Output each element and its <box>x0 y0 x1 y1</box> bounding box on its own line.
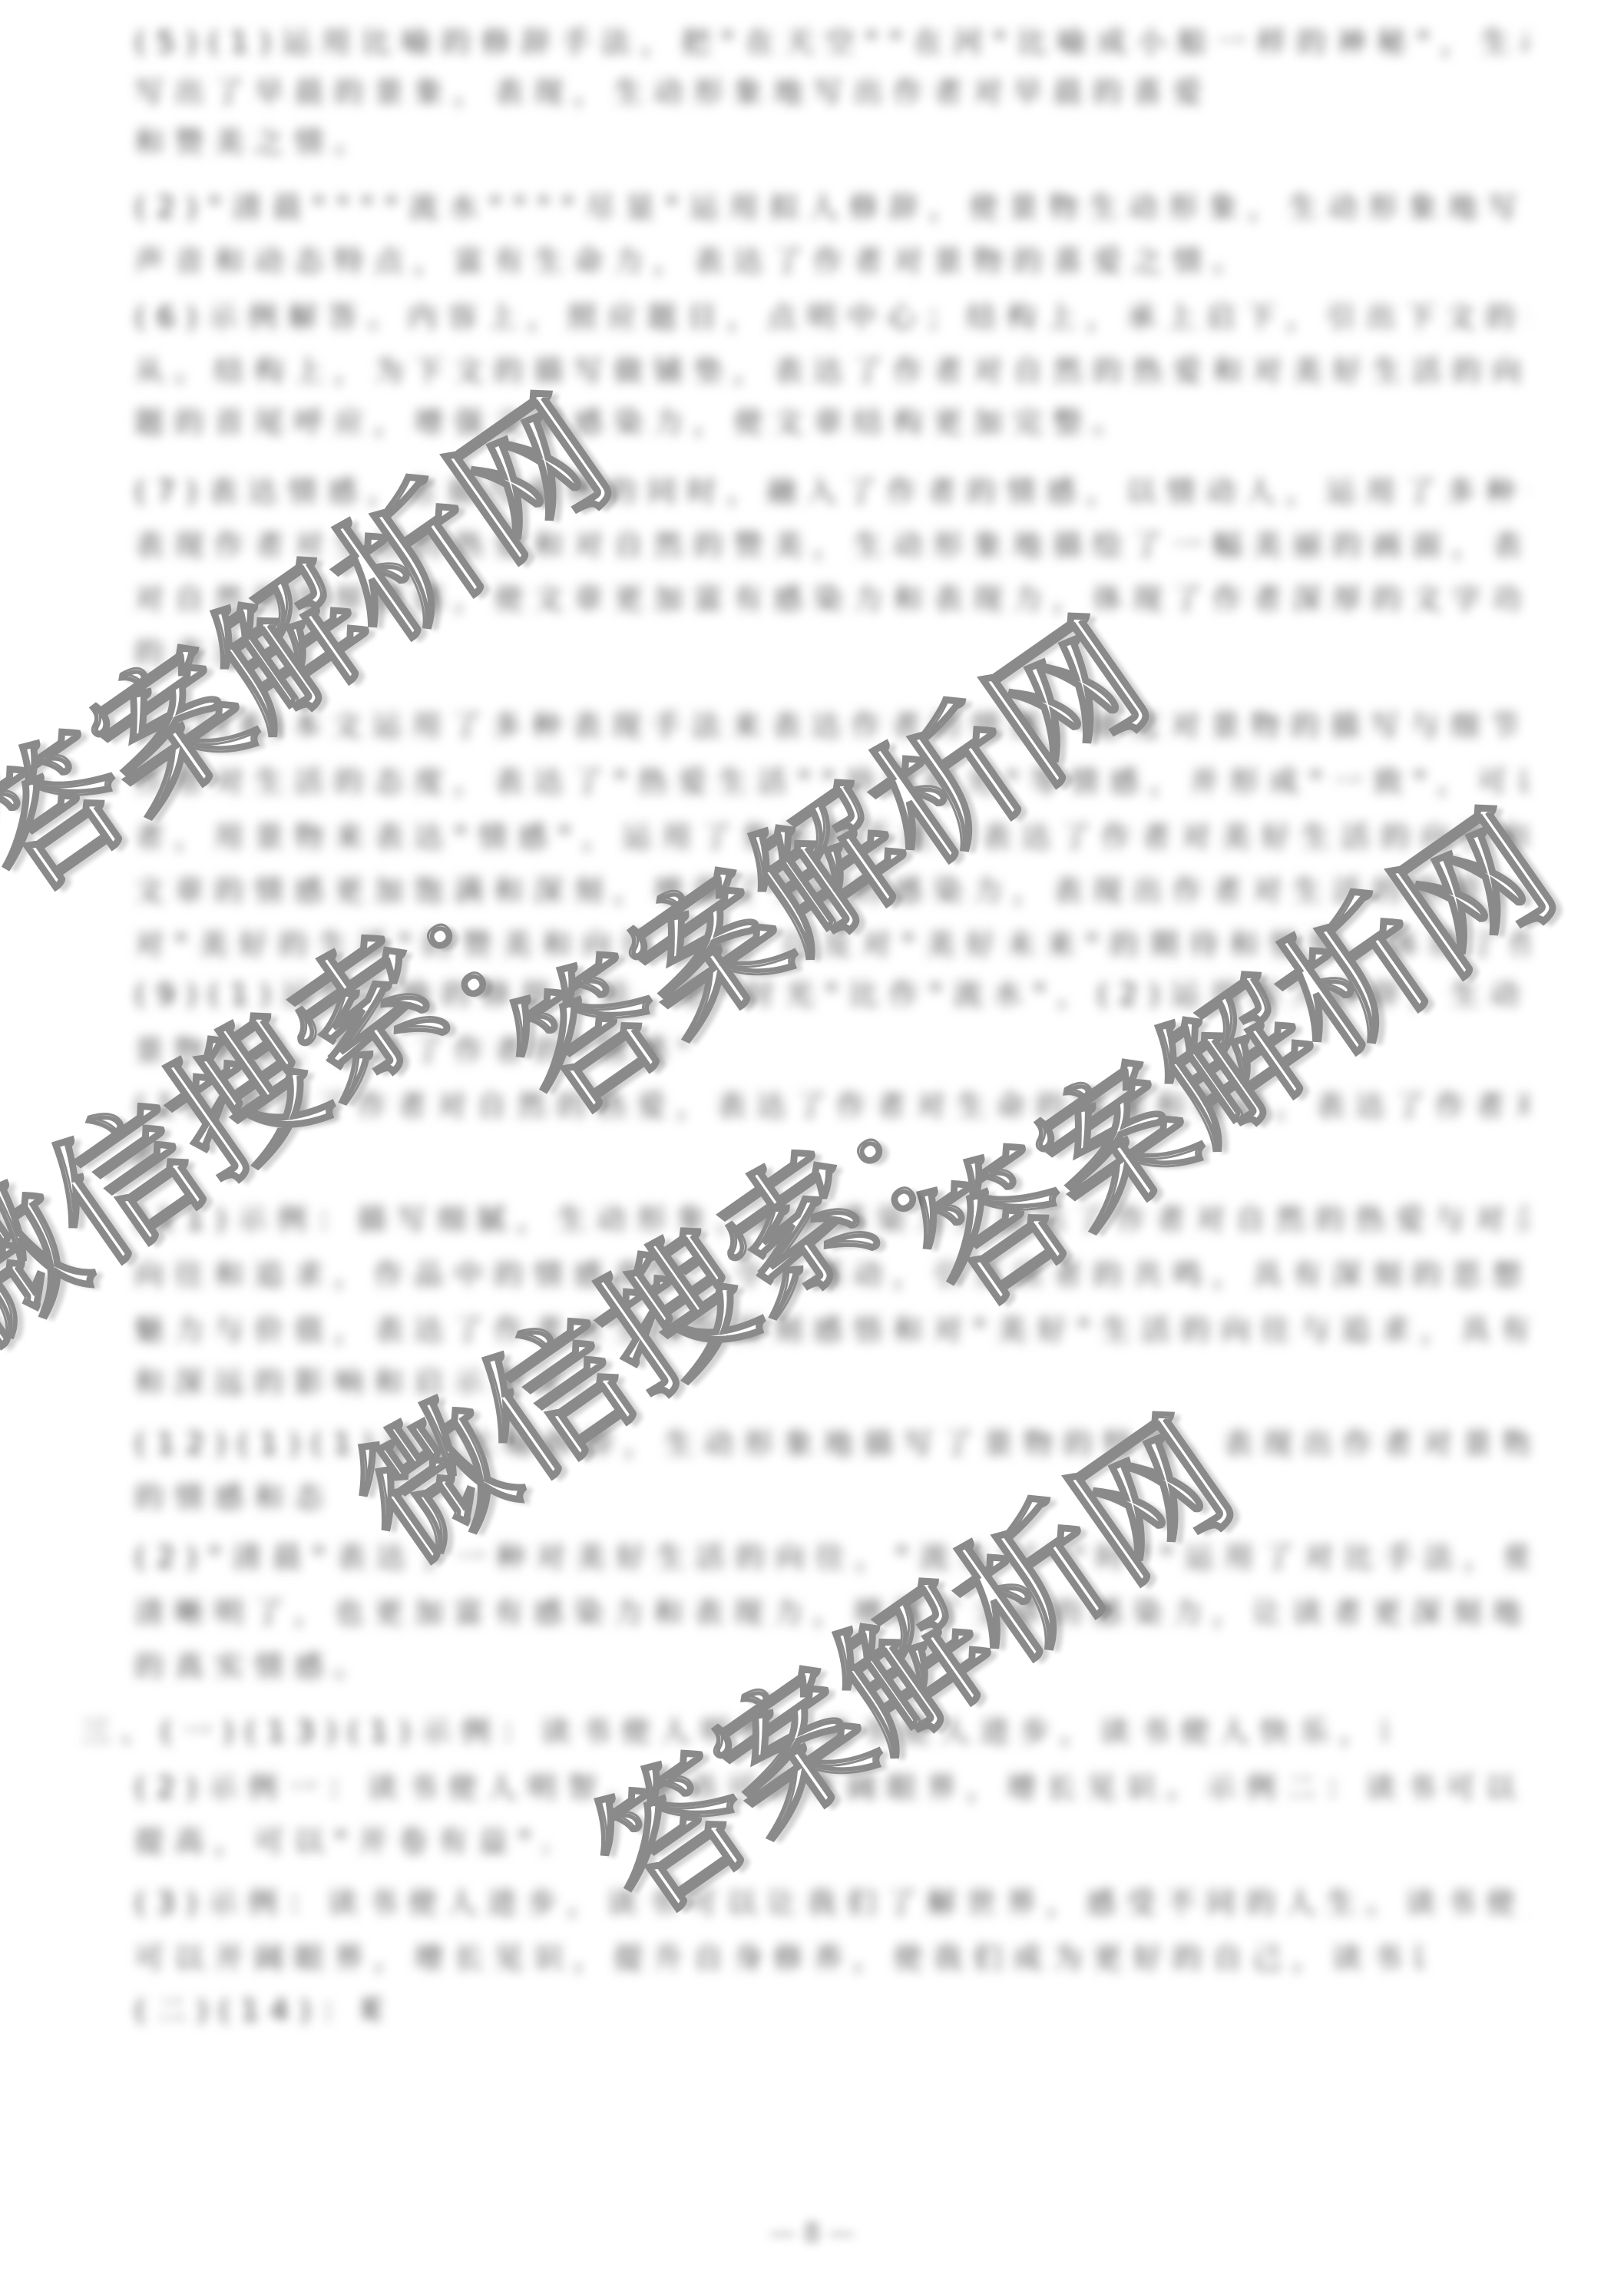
text-line: (二)(14)：略 <box>134 1993 380 2027</box>
document-page: (5)(1)运用比喻的修辞手法，把"在天空""在河"比喻成小船一样的神秘"，生动… <box>0 0 1624 2296</box>
text-line: (2)"清晨"表达了一种对美好生活的向往，"流水""""时""运用了对比手法，使… <box>134 1540 1528 1574</box>
text-line: 声音和动态特点，富有生命力，表达了作者对景物的喜爱之情。 <box>134 244 1386 278</box>
text-line: 可以开阔眼界，增长见识，提升自身修养，使我们成为更好的自己，读书让生活更加美好 <box>134 1941 1424 1975</box>
text-line: (5)(1)运用比喻的修辞手法，把"在天空""在河"比喻成小船一样的神秘"，生动… <box>134 25 1528 59</box>
text-line: 提高，可以"开卷有益"。 <box>134 1825 549 1858</box>
text-line: (2)"清晨""""流水""""尽显"运用拟人修辞，使景物生动形象，生动形象地写… <box>134 190 1528 224</box>
page-number: — 8 — <box>0 2218 1624 2248</box>
text-line: 从。结构上，为下文的描写做铺垫，表达了作者对自然的热爱和对美好生活的向往 <box>134 354 1528 388</box>
text-line: (3)示例：读书使人进步，读书可以让我们了解世界，感受不同的人生。读书使人明智，… <box>134 1886 1528 1920</box>
text-line: 的情感和态度。 <box>134 1480 334 1514</box>
text-line: 的真实情感。 <box>134 1649 349 1683</box>
text-line: (6)示例解答。内容上，照应题目，点明中心；结构上，承上启下，引出下文的描写内容 <box>134 300 1528 334</box>
text-line: 和赞美之情。 <box>134 125 349 159</box>
text-line: 题的首尾呼应，增强文章感染力，使文章结构更加完整。 <box>134 405 1194 439</box>
text-line: 写出了早晨的景象，表现，生动形象地写出作者对早晨的喜爱 <box>134 75 1528 109</box>
